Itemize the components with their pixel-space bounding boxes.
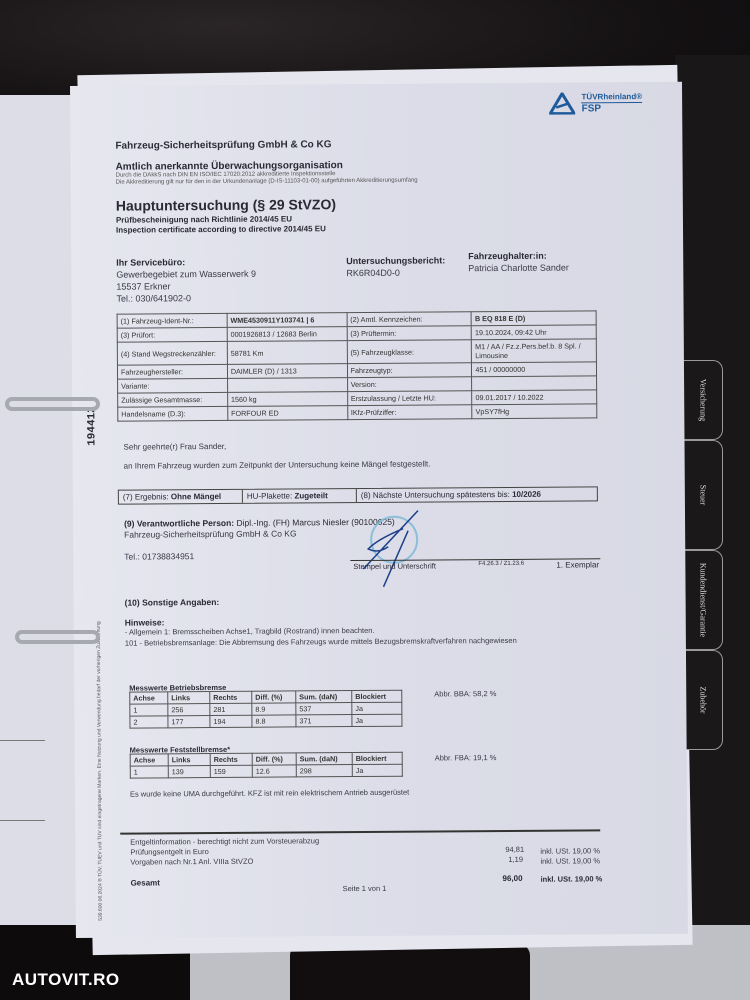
holder-label: Fahrzeughalter:in: <box>468 251 547 262</box>
form-code: F4.26.3 / Z1.23.6 <box>478 561 524 567</box>
tab-kundendienst-garantie[interactable]: Kundendienst/Garantie <box>683 550 723 650</box>
brake-table-header: Rechts <box>210 691 252 703</box>
tuv-logo: TÜVRheinland® FSP <box>549 92 642 115</box>
parking-brake-summary: Abbr. FBA: 19,1 % <box>435 753 497 762</box>
parking-brake-table: AchseLinksRechtsDiff. (%)Sum. (daN)Block… <box>130 752 403 779</box>
brake-table-header: Achse <box>130 692 168 704</box>
fee-amount-2: 1,19 <box>508 855 523 864</box>
logo-sub: FSP <box>582 103 643 114</box>
fee-label-2: Vorgaben nach Nr.1 Anl. VIIIa StVZO <box>130 857 253 867</box>
vehicle-field-value: 09.01.2017 / 10.2022 <box>472 390 597 405</box>
vehicle-field-label: (3) Prüftermin: <box>347 326 472 341</box>
brake-table-cell: 159 <box>210 765 252 777</box>
tab-label: Kundendienst/Garantie <box>698 563 707 637</box>
brake-table-header: Achse <box>130 754 168 766</box>
vehicle-field-value: VpSY7fHg <box>472 404 597 419</box>
page-number: Seite 1 von 1 <box>343 884 387 893</box>
vehicle-field-value: FORFOUR ED <box>228 406 348 421</box>
brake-table-cell: 12.6 <box>252 765 296 777</box>
brake-table-cell: 537 <box>296 703 352 715</box>
company-name: Fahrzeug-Sicherheitsprüfung GmbH & Co KG <box>115 139 331 152</box>
brake-table-row: 21771948.8371Ja <box>130 714 402 728</box>
brake-table-cell: 298 <box>296 765 352 777</box>
responsible-label: (9) Verantwortliche Person: <box>124 518 234 529</box>
brake-table-header: Links <box>168 692 210 704</box>
vehicle-field-label: Handelsname (D.3): <box>118 406 228 421</box>
logo-brand: TÜVRheinland® <box>581 92 642 103</box>
brake-table-header: Rechts <box>210 753 252 765</box>
total-tax: inkl. USt. 19,00 % <box>541 874 603 883</box>
brake-table-header: Diff. (%) <box>252 691 296 703</box>
result-ergebnis-value: Ohne Mängel <box>171 492 221 501</box>
brake-table-cell: Ja <box>352 702 402 714</box>
salutation: Sehr geehrte(r) Frau Sander, <box>123 442 226 452</box>
service-brake-summary: Abbr. BBA: 58,2 % <box>434 689 496 698</box>
vehicle-field-value: 19.10.2024, 09:42 Uhr <box>471 325 596 340</box>
tab-steuer[interactable]: Steuer <box>683 440 723 550</box>
vehicle-field-value: 1560 kg <box>227 392 347 407</box>
brake-table-header: Diff. (%) <box>252 753 296 765</box>
other-info-label: (10) Sonstige Angaben: <box>125 597 220 608</box>
brake-table-cell: 177 <box>168 716 210 728</box>
report-number: RK6R04D0-0 <box>346 268 400 278</box>
vehicle-field-value: 0001926813 / 12683 Berlin <box>227 327 347 342</box>
vehicle-field-value <box>472 376 597 391</box>
responsible-phone: Tel.: 01738834951 <box>124 551 194 561</box>
brake-table-header: Links <box>168 754 210 766</box>
vehicle-field-label: Version: <box>347 377 472 392</box>
subtitle-de: Prüfbescheinigung nach Richtlinie 2014/4… <box>116 214 292 224</box>
result-ergebnis: (7) Ergebnis: Ohne Mängel <box>119 490 243 504</box>
service-office-label: Ihr Servicebüro: <box>116 257 185 267</box>
result-plakette-label: HU-Plakette: <box>247 491 292 500</box>
vehicle-field-label: (2) Amtl. Kennzeichen: <box>347 312 472 327</box>
next-inspection-value: 10/2026 <box>512 490 541 499</box>
vehicle-field-label: (4) Stand Wegstreckenzähler: <box>117 341 227 365</box>
copy-number: 1. Exemplar <box>556 560 599 569</box>
page-title: Hauptuntersuchung (§ 29 StVZO) <box>116 196 336 214</box>
vehicle-field-value <box>227 378 347 393</box>
tab-label: Steuer <box>698 485 707 505</box>
brake-table-cell: 8.8 <box>252 715 296 727</box>
brake-table-cell: 1 <box>130 766 168 778</box>
brake-table-cell: 256 <box>168 704 210 716</box>
vehicle-field-value: 451 / 00000000 <box>472 362 597 377</box>
brake-table-row: 113915912.6298Ja <box>130 764 402 778</box>
signature-label: Stempel und Unterschrift <box>353 561 436 571</box>
brake-table-cell: 1 <box>130 704 168 716</box>
tuv-triangle-icon <box>549 92 575 114</box>
brake-table-cell: 281 <box>210 703 252 715</box>
vehicle-field-label: Fahrzeughersteller: <box>117 364 227 379</box>
report-label: Untersuchungsbericht: <box>346 255 445 266</box>
brake-table-cell: 194 <box>210 715 252 727</box>
watermark-logo: AUTOVIT.RO <box>12 970 120 990</box>
result-plakette: HU-Plakette: Zugeteilt <box>243 489 357 503</box>
vehicle-field-label: Fahrzeugtyp: <box>347 363 472 378</box>
divider <box>0 740 45 741</box>
vehicle-field-value: WME4530911Y103741 | 6 <box>227 313 347 328</box>
tab-versicherung[interactable]: Versicherung <box>683 360 723 440</box>
service-office-street: Gewerbegebiet zum Wasserwerk 9 <box>116 269 256 280</box>
vehicle-data-table: (1) Fahrzeug-Ident-Nr.:WME4530911Y103741… <box>117 310 598 421</box>
fee-label-1: Prüfungsentgelt in Euro <box>130 847 208 857</box>
vehicle-field-value: B EQ 818 E (D) <box>471 311 596 326</box>
vehicle-field-value: 58781 Km <box>227 341 347 365</box>
vehicle-field-value: M1 / AA / Fz.z.Pers.bef.b. 8 Spl. / Limo… <box>472 339 597 363</box>
result-next-inspection: (8) Nächste Untersuchung spätestens bis:… <box>357 487 597 502</box>
brake-table-cell: Ja <box>352 714 402 726</box>
brake-table-cell: Ja <box>352 764 402 776</box>
vehicle-field-label: IKfz-Prüfziffer: <box>347 405 472 420</box>
brake-table-header: Blockiert <box>352 752 402 764</box>
vehicle-field-label: (5) Fahrzeugklasse: <box>347 340 472 364</box>
uma-note: Es wurde keine UMA durchgeführt. KFZ ist… <box>130 788 409 799</box>
vehicle-table-row: Handelsname (D.3):FORFOUR EDIKfz-Prüfzif… <box>118 404 597 421</box>
vehicle-field-value: DAIMLER (D) / 1313 <box>227 364 347 379</box>
holder-name: Patricia Charlotte Sander <box>468 263 569 274</box>
brake-table-cell: 2 <box>130 716 168 728</box>
tab-zubehoer[interactable]: Zubehör <box>683 650 723 750</box>
brake-table-header: Sum. (daN) <box>296 753 352 765</box>
inspection-certificate: 194412 539.600 06.2024 ® TÜV, TUEV und T… <box>70 82 688 938</box>
notes-label: Hinweise: <box>125 617 165 627</box>
total-amount: 96,00 <box>503 874 523 883</box>
result-plakette-value: Zugeteilt <box>294 491 327 500</box>
tab-label: Zubehör <box>698 686 707 713</box>
brake-table-cell: 139 <box>168 766 210 778</box>
total-tax-text: inkl. USt. 19,00 % <box>541 874 603 883</box>
vehicle-field-label: Variante: <box>118 378 228 393</box>
responsible-company: Fahrzeug-Sicherheitsprüfung GmbH & Co KG <box>124 528 297 539</box>
serial-number: 194412 <box>86 406 98 446</box>
signature-icon <box>348 508 439 589</box>
brake-table-cell: 8.9 <box>252 703 296 715</box>
brake-table-header: Blockiert <box>352 690 402 702</box>
binder-ring-bottom <box>15 630 100 644</box>
vehicle-table-row: (4) Stand Wegstreckenzähler:58781 Km(5) … <box>117 339 596 365</box>
result-message: an Ihrem Fahrzeug wurden zum Zeitpunkt d… <box>124 459 431 470</box>
fees-info: Entgeltinformation - berechtigt nicht zu… <box>130 836 319 846</box>
divider <box>0 820 45 821</box>
subtitle-en: Inspection certificate according to dire… <box>116 224 326 234</box>
service-brake-table: AchseLinksRechtsDiff. (%)Sum. (daN)Block… <box>129 690 402 729</box>
vehicle-field-label: Erstzulassung / Letzte HU: <box>347 391 472 406</box>
fee-tax-1: inkl. USt. 19,00 % <box>540 846 600 855</box>
result-box: (7) Ergebnis: Ohne Mängel HU-Plakette: Z… <box>118 486 598 504</box>
fee-tax-2: inkl. USt. 19,00 % <box>540 856 600 865</box>
accreditation-line2: Die Akkreditierung gilt nur für den in d… <box>116 178 418 186</box>
service-office-city: 15537 Erkner <box>116 281 170 291</box>
note-2: 101 - Betriebsbremsanlage: Die Abbremsun… <box>125 636 517 648</box>
service-office-phone: Tel.: 030/641902-0 <box>116 293 191 304</box>
next-inspection-label: (8) Nächste Untersuchung spätestens bis: <box>361 490 510 500</box>
side-note: 539.600 06.2024 ® TÜV, TUEV und TUV sind… <box>96 621 104 921</box>
result-ergebnis-label: (7) Ergebnis: <box>123 492 169 501</box>
note-1: - Allgemein 1: Bremsscheiben Achse1, Tra… <box>125 626 375 637</box>
vehicle-field-label: (3) Prüfort: <box>117 327 227 342</box>
vehicle-field-label: Zulässige Gesamtmasse: <box>118 392 228 407</box>
brake-table-header: Sum. (daN) <box>296 691 352 703</box>
vehicle-field-label: (1) Fahrzeug-Ident-Nr.: <box>117 313 227 328</box>
total-label: Gesamt <box>131 878 160 887</box>
fees-divider <box>120 829 600 834</box>
binder-ring-top <box>5 397 100 411</box>
tab-label: Versicherung <box>698 379 707 421</box>
brake-table-cell: 371 <box>296 715 352 727</box>
fee-amount-1: 94,81 <box>505 845 524 854</box>
